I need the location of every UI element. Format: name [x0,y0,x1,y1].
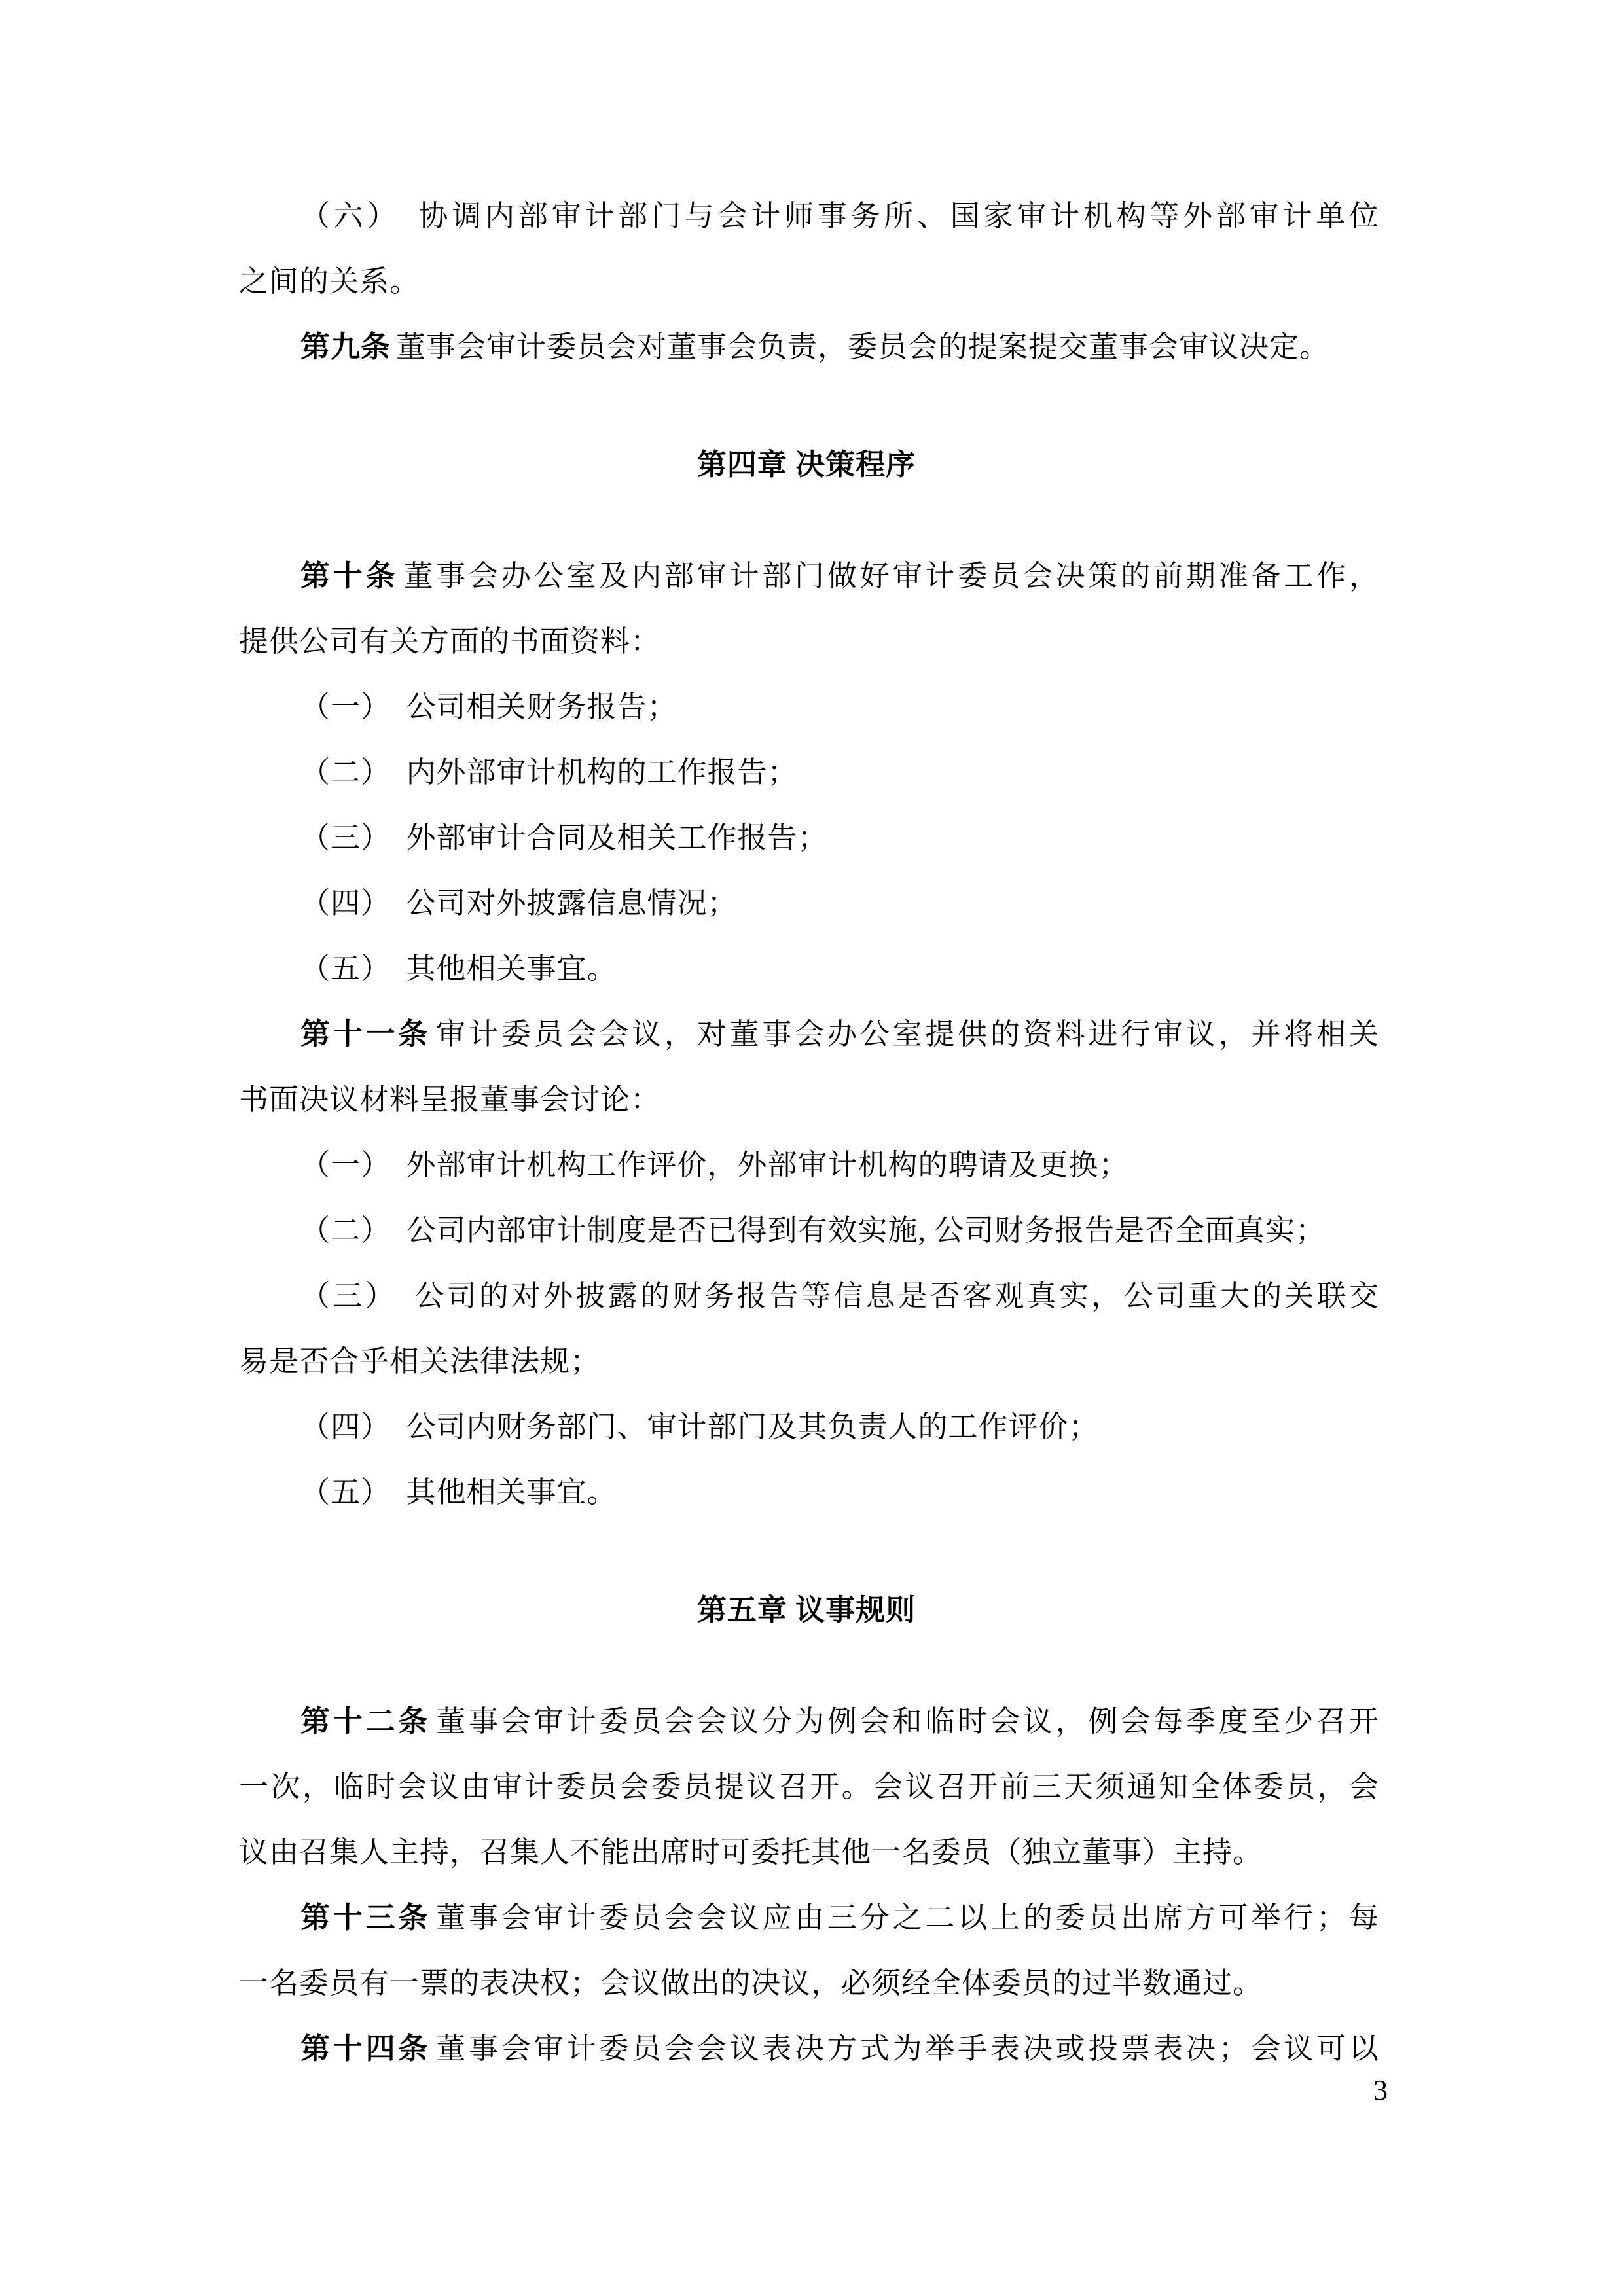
text-line: （二） 公司内部审计制度是否已得到有效实施, 公司财务报告是否全面真实； [239,1198,1379,1263]
text-run: 提供公司有关方面的书面资料： [239,625,660,658]
text-line: （五） 其他相关事宜。 [239,1460,1379,1525]
clause-11-item-5: （五） 其他相关事宜。 [239,1460,1379,1525]
text-line: 第十二条董事会审计委员会会议分为例会和临时会议，例会每季度至少召开 [239,1689,1379,1754]
clause-10-item-5: （五） 其他相关事宜。 [239,936,1379,1001]
chapter-4-heading: 第四章 决策程序 [239,432,1379,497]
clause-number: 第九条 [300,331,391,363]
clause-9: 第九条董事会审计委员会对董事会负责，委员会的提案提交董事会审议决定。 [239,314,1379,380]
text-run: （一） 外部审计机构工作评价，外部审计机构的聘请及更换； [300,1149,1129,1181]
clause-number: 第十一条 [300,1018,431,1050]
document-body: （六） 协调内部审计部门与会计师事务所、国家审计机构等外部审计单位之间的关系。第… [239,183,1379,2081]
text-line: （二） 内外部审计机构的工作报告； [239,740,1379,805]
text-run: 董事会办公室及内部审计部门做好审计委员会决策的前期准备工作， [403,560,1379,592]
text-run: 易是否合乎相关法律法规； [239,1345,600,1378]
clause-number: 第五章 议事规则 [697,1594,916,1626]
text-run: 议由召集人主持，召集人不能出席时可委托其他一名委员（独立董事）主持。 [239,1836,1263,1869]
text-run: （六） 协调内部审计部门与会计师事务所、国家审计机构等外部审计单位 [300,200,1379,232]
clause-11: 第十一条审计委员会会议，对董事会办公室提供的资料进行审议，并将相关书面决议材料呈… [239,1001,1379,1132]
clause-11-item-3: （三） 公司的对外披露的财务报告等信息是否客观真实，公司重大的关联交易是否合乎相… [239,1263,1379,1394]
clause-number: 第十二条 [300,1705,431,1738]
text-run: （二） 内外部审计机构的工作报告； [300,756,798,789]
text-run: （三） 外部审计合同及相关工作报告； [300,821,828,854]
text-line: （四） 公司对外披露信息情况； [239,870,1379,936]
clause-10-item-2: （二） 内外部审计机构的工作报告； [239,740,1379,805]
text-run: 之间的关系。 [239,265,420,298]
text-run: 书面决议材料呈报董事会讨论： [239,1083,660,1116]
clause-10-item-1: （一） 公司相关财务报告； [239,674,1379,740]
text-line: 书面决议材料呈报董事会讨论： [239,1067,1379,1132]
text-line: 第九条董事会审计委员会对董事会负责，委员会的提案提交董事会审议决定。 [239,314,1379,380]
clause-10-item-4: （四） 公司对外披露信息情况； [239,870,1379,936]
document-page: （六） 协调内部审计部门与会计师事务所、国家审计机构等外部审计单位之间的关系。第… [0,0,1624,2296]
text-line: 第十四条董事会审计委员会会议表决方式为举手表决或投票表决；会议可以 [239,2016,1379,2081]
page-number: 3 [1373,2076,1388,2105]
text-line: （三） 公司的对外披露的财务报告等信息是否客观真实，公司重大的关联交 [239,1263,1379,1329]
text-run: 审计委员会会议，对董事会办公室提供的资料进行审议，并将相关 [436,1018,1379,1050]
text-line: （三） 外部审计合同及相关工作报告； [239,805,1379,870]
text-line: 第十条董事会办公室及内部审计部门做好审计委员会决策的前期准备工作， [239,543,1379,609]
text-line: 第十一条审计委员会会议，对董事会办公室提供的资料进行审议，并将相关 [239,1001,1379,1067]
text-line: （一） 公司相关财务报告； [239,674,1379,740]
clause-11-item-2: （二） 公司内部审计制度是否已得到有效实施, 公司财务报告是否全面真实； [239,1198,1379,1263]
text-line: （四） 公司内财务部门、审计部门及其负责人的工作评价； [239,1394,1379,1460]
clause-13: 第十三条董事会审计委员会会议应由三分之二以上的委员出席方可举行；每一名委员有一票… [239,1885,1379,2016]
text-run: （一） 公司相关财务报告； [300,691,677,723]
text-run: （四） 公司对外披露信息情况； [300,887,738,920]
clause-10-item-3: （三） 外部审计合同及相关工作报告； [239,805,1379,870]
clause-number: 第四章 决策程序 [697,448,916,481]
text-run: （五） 其他相关事宜。 [300,952,617,985]
clause-14: 第十四条董事会审计委员会会议表决方式为举手表决或投票表决；会议可以 [239,2016,1379,2081]
chapter-5-heading: 第五章 议事规则 [239,1577,1379,1643]
text-run: 一名委员有一票的表决权；会议做出的决议，必须经全体委员的过半数通过。 [239,1967,1263,2000]
text-line: 议由召集人主持，召集人不能出席时可委托其他一名委员（独立董事）主持。 [239,1820,1379,1885]
clause-number: 第十条 [300,560,398,592]
text-line: 一名委员有一票的表决权；会议做出的决议，必须经全体委员的过半数通过。 [239,1950,1379,2016]
text-run: 一次，临时会议由审计委员会委员提议召开。会议召开前三天须通知全体委员，会 [239,1770,1379,1803]
text-line: 第十三条董事会审计委员会会议应由三分之二以上的委员出席方可举行；每 [239,1885,1379,1950]
text-line: 提供公司有关方面的书面资料： [239,609,1379,674]
clause-11-item-1: （一） 外部审计机构工作评价，外部审计机构的聘请及更换； [239,1132,1379,1198]
text-line: 之间的关系。 [239,249,1379,314]
clause-12: 第十二条董事会审计委员会会议分为例会和临时会议，例会每季度至少召开一次，临时会议… [239,1689,1379,1885]
item-6-coordination: （六） 协调内部审计部门与会计师事务所、国家审计机构等外部审计单位之间的关系。 [239,183,1379,314]
text-run: 董事会审计委员会对董事会负责，委员会的提案提交董事会审议决定。 [396,331,1329,363]
text-run: 董事会审计委员会会议分为例会和临时会议，例会每季度至少召开 [436,1705,1379,1738]
text-line: 一次，临时会议由审计委员会委员提议召开。会议召开前三天须通知全体委员，会 [239,1754,1379,1820]
text-run: （四） 公司内财务部门、审计部门及其负责人的工作评价； [300,1410,1099,1443]
chapter-heading-text: 第五章 议事规则 [239,1577,1379,1643]
text-line: （五） 其他相关事宜。 [239,936,1379,1001]
text-run: （五） 其他相关事宜。 [300,1476,617,1509]
text-line: 易是否合乎相关法律法规； [239,1329,1379,1394]
text-run: 董事会审计委员会会议应由三分之二以上的委员出席方可举行；每 [436,1901,1379,1934]
clause-number: 第十四条 [300,2032,431,2065]
text-line: （六） 协调内部审计部门与会计师事务所、国家审计机构等外部审计单位 [239,183,1379,249]
text-run: （二） 公司内部审计制度是否已得到有效实施, 公司财务报告是否全面真实； [300,1214,1326,1247]
clause-number: 第十三条 [300,1901,431,1934]
text-line: （一） 外部审计机构工作评价，外部审计机构的聘请及更换； [239,1132,1379,1198]
clause-11-item-4: （四） 公司内财务部门、审计部门及其负责人的工作评价； [239,1394,1379,1460]
clause-10: 第十条董事会办公室及内部审计部门做好审计委员会决策的前期准备工作，提供公司有关方… [239,543,1379,674]
text-run: （三） 公司的对外披露的财务报告等信息是否客观真实，公司重大的关联交 [300,1280,1379,1312]
text-run: 董事会审计委员会会议表决方式为举手表决或投票表决；会议可以 [436,2032,1379,2065]
chapter-heading-text: 第四章 决策程序 [239,432,1379,497]
